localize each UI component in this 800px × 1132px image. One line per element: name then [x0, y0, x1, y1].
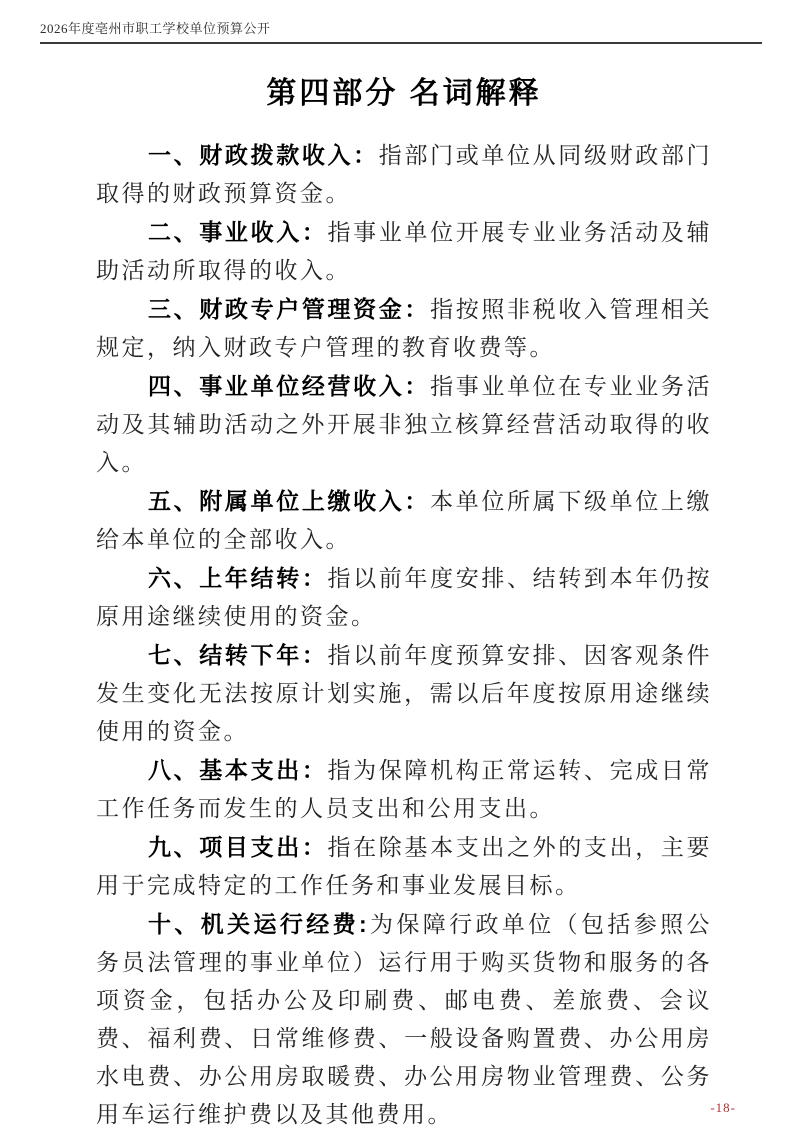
term-label: 二、事业收入：	[148, 219, 328, 245]
page-header: 2026年度亳州市职工学校单位预算公开	[40, 18, 762, 44]
term-label: 四、事业单位经营收入：	[148, 373, 430, 399]
term-paragraph: 四、事业单位经营收入：指事业单位在专业业务活动及其辅助活动之外开展非独立核算经营…	[96, 367, 712, 482]
term-paragraph: 八、基本支出：指为保障机构正常运转、完成日常工作任务而发生的人员支出和公用支出。	[96, 751, 712, 828]
term-paragraph: 三、财政专户管理资金：指按照非税收入管理相关规定，纳入财政专户管理的教育收费等。	[96, 290, 712, 367]
term-label: 九、项目支出：	[148, 834, 328, 860]
term-label: 七、结转下年：	[148, 642, 328, 668]
term-paragraph: 五、附属单位上缴收入：本单位所属下级单位上缴给本单位的全部收入。	[96, 482, 712, 559]
page-number: -18-	[710, 1100, 736, 1116]
term-label: 十、机关运行经费:	[148, 911, 369, 937]
term-paragraph: 十、机关运行经费:为保障行政单位（包括参照公务员法管理的事业单位）运行用于购买货…	[96, 905, 712, 1132]
term-paragraph: 二、事业收入：指事业单位开展专业业务活动及辅助活动所取得的收入。	[96, 213, 712, 290]
term-label: 五、附属单位上缴收入：	[148, 488, 430, 514]
term-label: 八、基本支出：	[148, 757, 328, 783]
term-paragraph: 一、财政拨款收入：指部门或单位从同级财政部门取得的财政预算资金。	[96, 136, 712, 213]
terms-list: 一、财政拨款收入：指部门或单位从同级财政部门取得的财政预算资金。二、事业收入：指…	[96, 136, 712, 1132]
term-label: 三、财政专户管理资金：	[148, 296, 430, 322]
document-page: { "header": { "text": "2026年度亳州市职工学校单位预算…	[0, 0, 800, 1132]
term-paragraph: 九、项目支出：指在除基本支出之外的支出，主要用于完成特定的工作任务和事业发展目标…	[96, 828, 712, 905]
section-title: 第四部分 名词解释	[96, 76, 712, 112]
header-document-title: 2026年度亳州市职工学校单位预算公开	[40, 18, 762, 37]
term-label: 六、上年结转：	[148, 565, 328, 591]
term-label: 一、财政拨款收入：	[148, 142, 379, 168]
term-paragraph: 七、结转下年：指以前年度预算安排、因客观条件发生变化无法按原计划实施，需以后年度…	[96, 636, 712, 751]
term-definition: 为保障行政单位（包括参照公务员法管理的事业单位）运行用于购买货物和服务的各项资金…	[96, 912, 712, 1127]
term-paragraph: 六、上年结转：指以前年度安排、结转到本年仍按原用途继续使用的资金。	[96, 559, 712, 636]
document-body: 第四部分 名词解释 一、财政拨款收入：指部门或单位从同级财政部门取得的财政预算资…	[96, 76, 712, 1132]
